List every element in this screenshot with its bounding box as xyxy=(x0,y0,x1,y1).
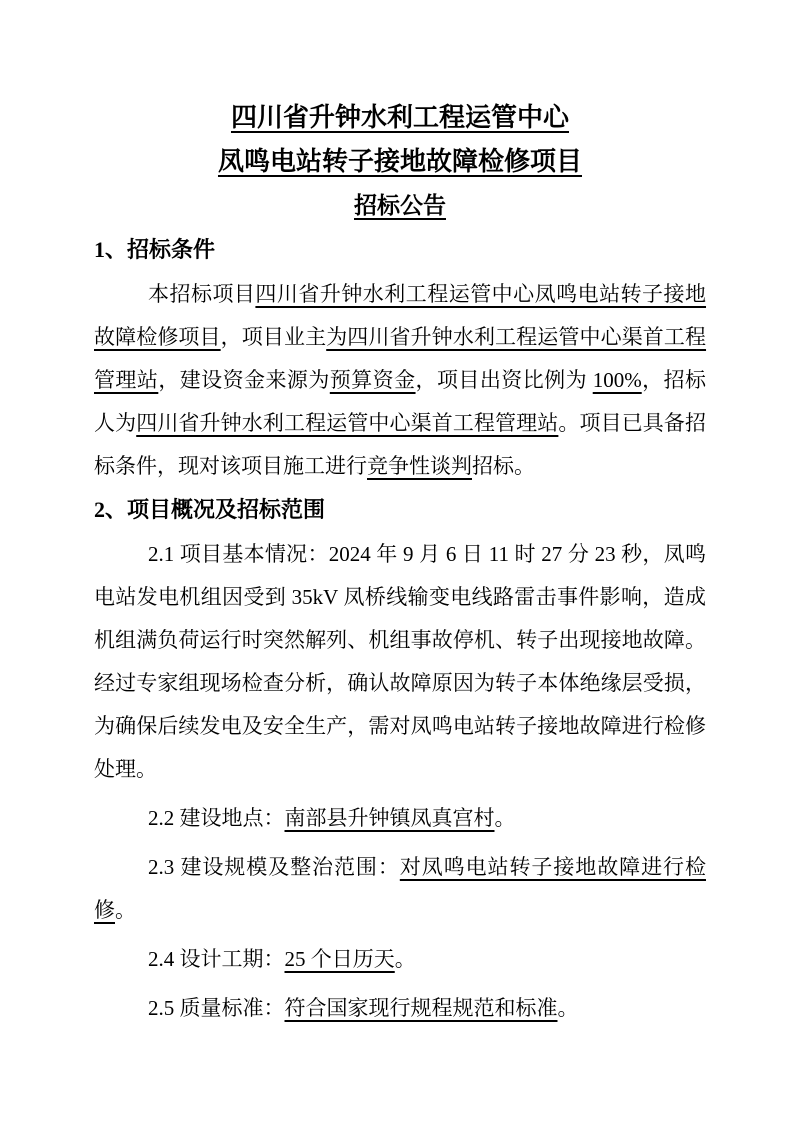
text-segment: 。 xyxy=(115,898,136,922)
paragraph-2-5-quality: 2.5 质量标准：符合国家现行规程规范和标准。 xyxy=(94,987,706,1030)
underlined-text: 25 个日历天 xyxy=(285,947,395,971)
text-segment: 2.5 质量标准： xyxy=(148,996,285,1020)
paragraph-tender-conditions: 本招标项目四川省升钟水利工程运管中心凤鸣电站转子接地故障检修项目，项目业主为四川… xyxy=(94,273,706,488)
text-segment: 2.2 建设地点： xyxy=(148,806,285,830)
doc-title: 四川省升钟水利工程运管中心 凤鸣电站转子接地故障检修项目 招标公告 xyxy=(94,96,706,228)
section-tender-conditions: 1、招标条件 本招标项目四川省升钟水利工程运管中心凤鸣电站转子接地故障检修项目，… xyxy=(94,233,706,488)
underlined-text: 预算资金 xyxy=(330,368,416,392)
doc-title-line-2-text: 凤鸣电站转子接地故障检修项目 xyxy=(218,147,582,176)
paragraph-2-2-location: 2.2 建设地点：南部县升钟镇凤真宫村。 xyxy=(94,797,706,840)
underlined-text: 四川省升钟水利工程运管中心渠首工程管理站 xyxy=(136,411,558,435)
text-segment: ，项目出资比例为 xyxy=(416,368,593,392)
doc-title-line-3: 招标公告 xyxy=(94,184,706,228)
paragraph-2-4-duration: 2.4 设计工期：25 个日历天。 xyxy=(94,938,706,981)
underlined-text: 符合国家现行规程规范和标准 xyxy=(285,996,558,1020)
text-segment: ，建设资金来源为 xyxy=(158,368,329,392)
paragraph-2-3-scope: 2.3 建设规模及整治范围：对凤鸣电站转子接地故障进行检修。 xyxy=(94,846,706,932)
section-2-heading: 2、项目概况及招标范围 xyxy=(94,493,706,527)
document-content: 四川省升钟水利工程运管中心 凤鸣电站转子接地故障检修项目 招标公告 1、招标条件… xyxy=(94,96,706,1030)
text-segment: 本招标项目 xyxy=(148,282,255,306)
doc-title-line-3-text: 招标公告 xyxy=(354,193,446,218)
underlined-text: 南部县升钟镇凤真宫村 xyxy=(285,806,495,830)
text-segment: 2.3 建设规模及整治范围： xyxy=(148,855,400,879)
doc-title-line-1: 四川省升钟水利工程运管中心 xyxy=(94,96,706,140)
text-segment: 。 xyxy=(558,996,579,1020)
text-segment: 。 xyxy=(495,806,516,830)
text-segment: 。 xyxy=(395,947,416,971)
text-segment: 2.1 项目基本情况：2024 年 9 月 6 日 11 时 27 分 23 秒… xyxy=(94,542,706,781)
text-segment: 招标。 xyxy=(472,454,535,478)
section-project-overview: 2、项目概况及招标范围 2.1 项目基本情况：2024 年 9 月 6 日 11… xyxy=(94,493,706,1030)
doc-title-line-2: 凤鸣电站转子接地故障检修项目 xyxy=(94,140,706,184)
document-page: 四川省升钟水利工程运管中心 凤鸣电站转子接地故障检修项目 招标公告 1、招标条件… xyxy=(0,0,793,1122)
underlined-text: 竞争性谈判 xyxy=(367,454,472,478)
text-segment: 2.4 设计工期： xyxy=(148,947,285,971)
underlined-text: 100% xyxy=(593,368,642,392)
section-1-heading: 1、招标条件 xyxy=(94,233,706,267)
text-segment: ，项目业主 xyxy=(221,325,327,349)
doc-title-line-1-text: 四川省升钟水利工程运管中心 xyxy=(231,103,569,132)
paragraph-2-1-basic-situation: 2.1 项目基本情况：2024 年 9 月 6 日 11 时 27 分 23 秒… xyxy=(94,533,706,791)
